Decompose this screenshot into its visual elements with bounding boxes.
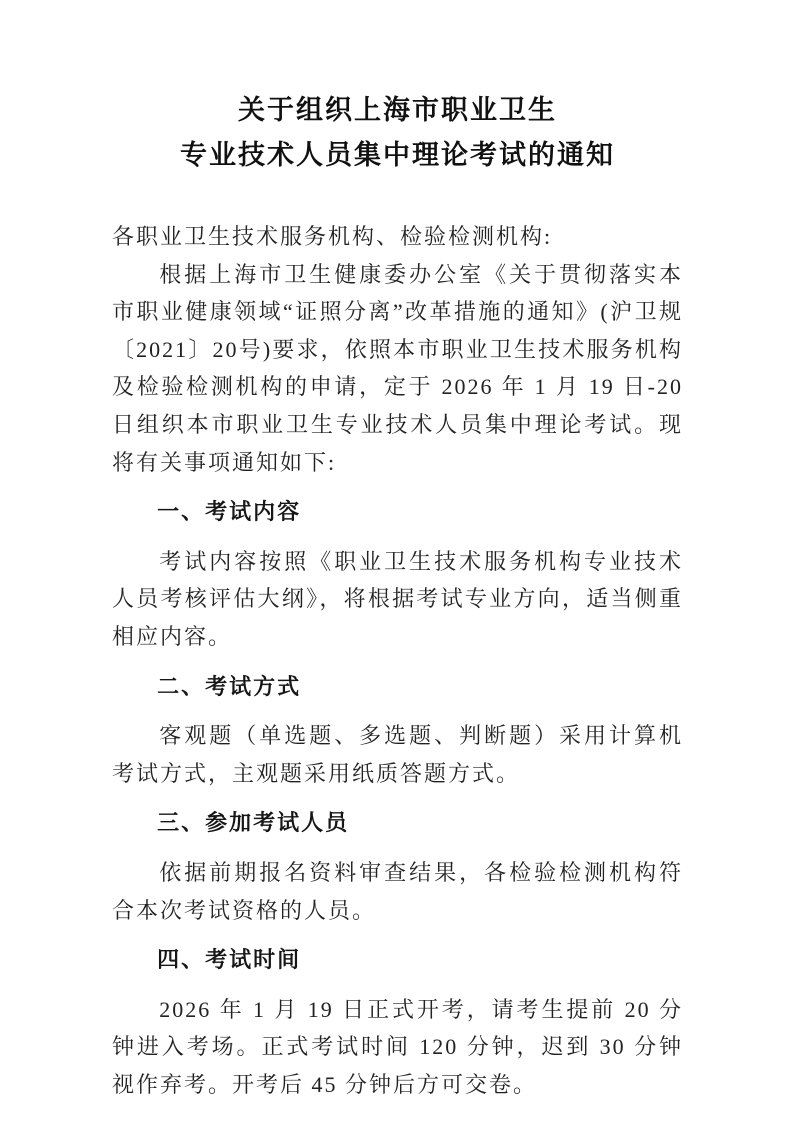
- notice-document-page: 关于组织上海市职业卫生 专业技术人员集中理论考试的通知 各职业卫生技术服务机构、…: [0, 0, 800, 1131]
- document-title-line-2: 专业技术人员集中理论考试的通知: [112, 133, 683, 178]
- section-heading-1: 一、考试内容: [112, 493, 683, 531]
- section-paragraph-4: 2026 年 1 月 19 日正式开考，请考生提前 20 分钟进入考场。正式考试…: [112, 991, 683, 1104]
- section-paragraph-1: 考试内容按照《职业卫生技术服务机构专业技术人员考核评估大纲》，将根据考试专业方向…: [112, 543, 683, 656]
- section-paragraph-2: 客观题（单选题、多选题、判断题）采用计算机考试方式，主观题采用纸质答题方式。: [112, 717, 683, 792]
- document-title: 关于组织上海市职业卫生 专业技术人员集中理论考试的通知: [112, 88, 683, 178]
- document-body: 各职业卫生技术服务机构、检验检测机构: 根据上海市卫生健康委办公室《关于贯彻落实…: [112, 218, 683, 1103]
- intro-paragraph: 根据上海市卫生健康委办公室《关于贯彻落实本市职业健康领域“证照分离”改革措施的通…: [112, 256, 683, 482]
- section-paragraph-3: 依据前期报名资料审查结果，各检验检测机构符合本次考试资格的人员。: [112, 854, 683, 929]
- section-exam-content: 一、考试内容 考试内容按照《职业卫生技术服务机构专业技术人员考核评估大纲》，将根…: [112, 493, 683, 655]
- salutation-line: 各职业卫生技术服务机构、检验检测机构:: [112, 218, 683, 256]
- section-exam-time: 四、考试时间 2026 年 1 月 19 日正式开考，请考生提前 20 分钟进入…: [112, 941, 683, 1103]
- section-heading-2: 二、考试方式: [112, 668, 683, 706]
- section-exam-participants: 三、参加考试人员 依据前期报名资料审查结果，各检验检测机构符合本次考试资格的人员…: [112, 804, 683, 929]
- section-heading-4: 四、考试时间: [112, 941, 683, 979]
- document-title-line-1: 关于组织上海市职业卫生: [112, 88, 683, 133]
- section-exam-method: 二、考试方式 客观题（单选题、多选题、判断题）采用计算机考试方式，主观题采用纸质…: [112, 668, 683, 793]
- section-heading-3: 三、参加考试人员: [112, 804, 683, 842]
